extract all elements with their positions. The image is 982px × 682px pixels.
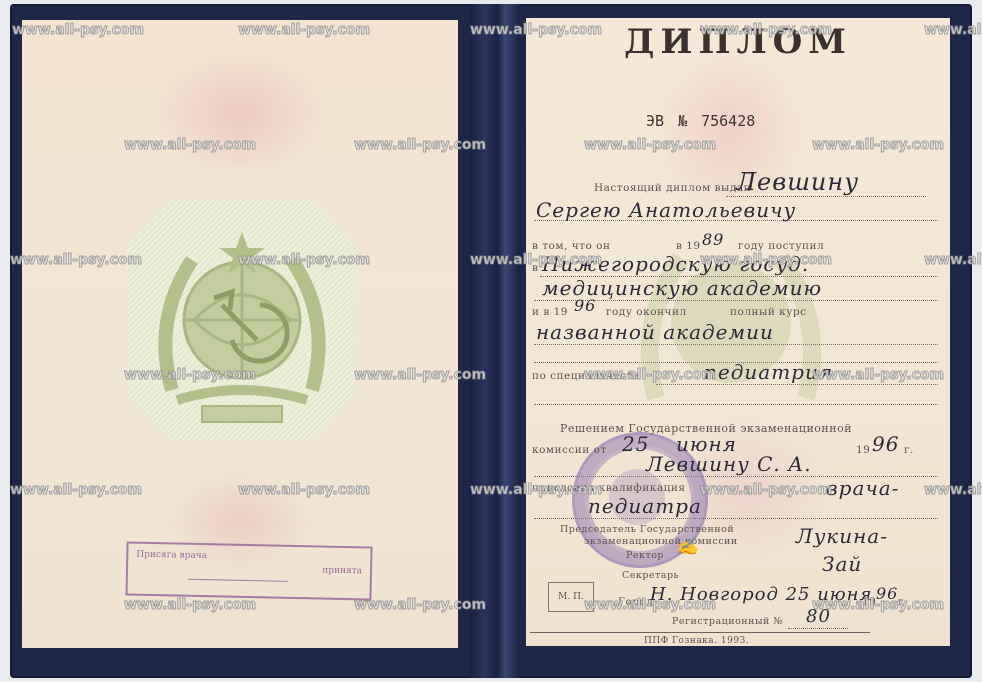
rector-label: Ректор bbox=[626, 550, 664, 561]
city-year-abbr: г. bbox=[898, 596, 908, 608]
oath-status: принята bbox=[322, 566, 362, 577]
first-patronymic: Сергею Анатольевичу bbox=[536, 198, 796, 222]
commission-label: комиссии от bbox=[532, 444, 607, 456]
qualification-line-1: врача- bbox=[826, 476, 900, 500]
secretary-label: Секретарь bbox=[622, 570, 679, 581]
seal-place-box: М. П. bbox=[548, 582, 594, 612]
oath-label: Присяга врача bbox=[136, 550, 207, 561]
series: ЭВ bbox=[646, 112, 664, 130]
city-date: Н. Новгород 25 июня bbox=[650, 584, 872, 605]
decision-year-prefix: 19 bbox=[856, 444, 870, 456]
chairman-label-1: Председатель Государственной bbox=[560, 524, 734, 535]
oath-signature-line bbox=[188, 579, 288, 582]
admitted-year: 89 bbox=[702, 230, 724, 249]
decision-year: 96 bbox=[872, 432, 899, 456]
printer-imprint: ППФ Гознака. 1993. bbox=[644, 636, 749, 646]
diploma-title: ДИПЛОМ bbox=[526, 22, 950, 62]
right-page: ДИПЛОМ ЭВ№756428 Настоящий диплом выдан … bbox=[526, 18, 950, 646]
graduated-year: 96 bbox=[574, 296, 596, 315]
specialty: педиатрия bbox=[704, 360, 833, 384]
admitted-label-c: году поступил bbox=[738, 240, 824, 252]
oath-stamp: Присяга врача принята bbox=[125, 541, 372, 600]
city-year: 96 bbox=[876, 584, 898, 603]
registration-label: Регистрационный № bbox=[672, 616, 783, 627]
diploma-number: ЭВ№756428 bbox=[646, 112, 769, 130]
ussr-coat-of-arms-icon bbox=[132, 210, 352, 440]
registration-number: 80 bbox=[806, 606, 831, 627]
graduated-label-a: и в 19 bbox=[532, 306, 568, 318]
specialty-label: по специальности bbox=[532, 370, 640, 382]
surname: Левшину bbox=[736, 168, 859, 196]
awardee: Левшину С. А. bbox=[646, 452, 812, 476]
graduated-label-c: полный курс bbox=[730, 306, 807, 318]
institution-line-1: Нижегородскую госуд. bbox=[542, 252, 809, 276]
number: 756428 bbox=[701, 112, 755, 130]
chairman-signature: ✍ bbox=[676, 536, 699, 557]
chairman-name-2: Зай bbox=[822, 552, 862, 576]
graduated-label-b: году окончил bbox=[606, 306, 687, 318]
qualification-line-2: педиатра bbox=[588, 494, 702, 518]
chairman-label-2: экзаменационной комиссии bbox=[584, 536, 738, 547]
admitted-label-a: в том, что он bbox=[532, 240, 610, 252]
seal-place-label: М. П. bbox=[558, 592, 584, 602]
number-sign: № bbox=[678, 112, 687, 130]
diploma-spine bbox=[470, 4, 520, 678]
city-label: Город bbox=[618, 596, 653, 608]
left-page: Присяга врача принята bbox=[22, 20, 458, 648]
qualification-label: присвоена квалификация bbox=[532, 482, 685, 494]
institution-prefix: в bbox=[532, 262, 538, 274]
course-of: названной академии bbox=[536, 320, 774, 344]
chairman-name-1: Лукина- bbox=[796, 524, 888, 548]
city-year-prefix: 19 bbox=[862, 596, 876, 608]
admitted-label-b: в 19 bbox=[676, 240, 701, 252]
issued-to-label: Настоящий диплом выдан bbox=[594, 182, 751, 194]
decision-year-abbr: г. bbox=[904, 444, 914, 456]
